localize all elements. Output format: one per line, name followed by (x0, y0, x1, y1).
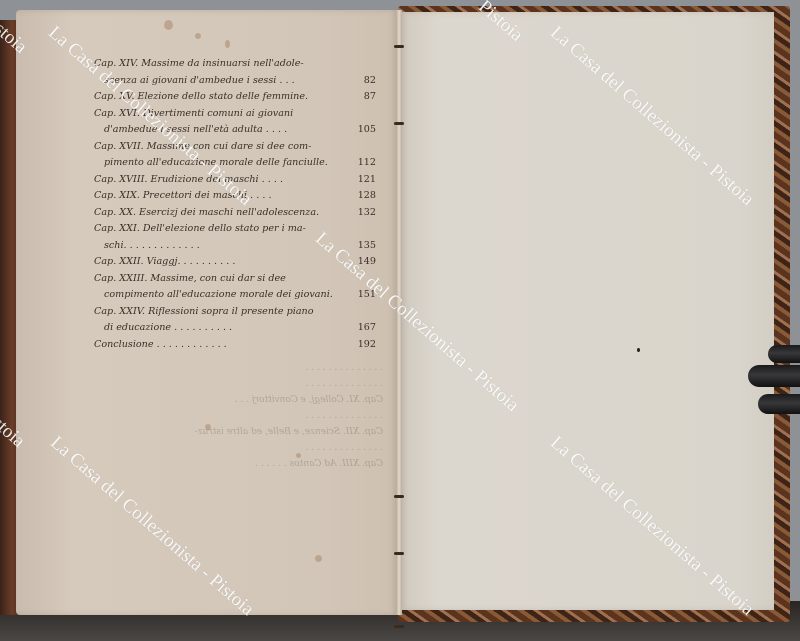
toc-entry: Cap. XIV. Massime da insinuarsi nell'ado… (94, 56, 376, 73)
bleed-through-line: . . . . . . . . . . . . . . (118, 360, 383, 376)
binding-stitch (394, 552, 404, 555)
toc-entry-title: Cap. XXIII. Massime, con cui dar si dee (94, 271, 354, 288)
toc-entry: di educazione . . . . . . . . . .167 (94, 320, 376, 337)
toc-entry: Cap. XX. Esercizj dei maschi nell'adoles… (94, 205, 376, 222)
toc-entry-title: compimento all'educazione morale dei gio… (94, 287, 354, 304)
toc-entry: Conclusione . . . . . . . . . . . .192 (94, 337, 376, 354)
bleed-through-line: Cap. XI. Collegj, e Convittorj . . . (118, 392, 383, 408)
binding-stitch (394, 625, 404, 628)
toc-entry: Cap. XXIV. Riflessioni sopra il presente… (94, 304, 376, 321)
foxing-spot (195, 33, 201, 39)
foxing-spot (225, 40, 230, 48)
right-page-blank (400, 12, 774, 610)
toc-entry-title: Conclusione . . . . . . . . . . . . (94, 337, 354, 354)
bleed-through-line: Cap. XII. Scienze, e Belle, ed altre ist… (118, 424, 383, 440)
toc-entry-page: 192 (354, 337, 376, 354)
toc-entry-page: 82 (354, 73, 376, 90)
binding-stitch (394, 122, 404, 125)
toc-entry: Cap. XXIII. Massime, con cui dar si dee (94, 271, 376, 288)
toc-entry-page (354, 106, 376, 123)
toc-entry: compimento all'educazione morale dei gio… (94, 287, 376, 304)
bleed-through-line: . . . . . . . . . . . . . . (118, 408, 383, 424)
toc-entry: scenza ai giovani d'ambedue i sessi . . … (94, 73, 376, 90)
foxing-spot (315, 555, 322, 562)
bleed-through-line: . . . . . . . . . . . . . . (118, 376, 383, 392)
toc-entry-page: 87 (354, 89, 376, 106)
gloved-finger (758, 394, 800, 414)
toc-entry-page: 167 (354, 320, 376, 337)
ink-dot (637, 348, 640, 352)
toc-entry-title: Cap. XXI. Dell'elezione dello stato per … (94, 221, 354, 238)
bleed-through-line: . . . . . . . . . . . . . . (118, 440, 383, 456)
toc-entry-title: d'ambedue i sessi nell'età adulta . . . … (94, 122, 354, 139)
toc-entry-page: 105 (354, 122, 376, 139)
toc-entry-page: 112 (354, 155, 376, 172)
bleed-through-text: . . . . . . . . . . . . . .. . . . . . .… (118, 360, 383, 472)
binding-stitch (394, 45, 404, 48)
toc-entry-title: Cap. XIV. Massime da insinuarsi nell'ado… (94, 56, 354, 73)
toc-entry-title: di educazione . . . . . . . . . . (94, 320, 354, 337)
toc-entry-page (354, 139, 376, 156)
toc-entry-page: 132 (354, 205, 376, 222)
gloved-finger (768, 345, 800, 363)
gloved-finger (748, 365, 800, 387)
toc-entry-page (354, 304, 376, 321)
toc-entry: Cap. XVII. Massime con cui dare si dee c… (94, 139, 376, 156)
toc-entry-page (354, 221, 376, 238)
toc-entry-title: Cap. XXIV. Riflessioni sopra il presente… (94, 304, 354, 321)
toc-entry: d'ambedue i sessi nell'età adulta . . . … (94, 122, 376, 139)
toc-entry-page: 128 (354, 188, 376, 205)
bleed-through-line: Cap. XIII. Ad Cantos . . . . . . (118, 456, 383, 472)
toc-entry: pimento all'educazione morale delle fanc… (94, 155, 376, 172)
toc-entry-page: 121 (354, 172, 376, 189)
toc-entry-page (354, 56, 376, 73)
toc-entry-page: 135 (354, 238, 376, 255)
binding-stitch (394, 495, 404, 498)
toc-entry-title: Cap. XXII. Viaggj. . . . . . . . . . (94, 254, 354, 271)
foxing-spot (164, 20, 173, 30)
toc-entry-title: Cap. XVII. Massime con cui dare si dee c… (94, 139, 354, 156)
toc-entry-title: Cap. XX. Esercizj dei maschi nell'adoles… (94, 205, 354, 222)
